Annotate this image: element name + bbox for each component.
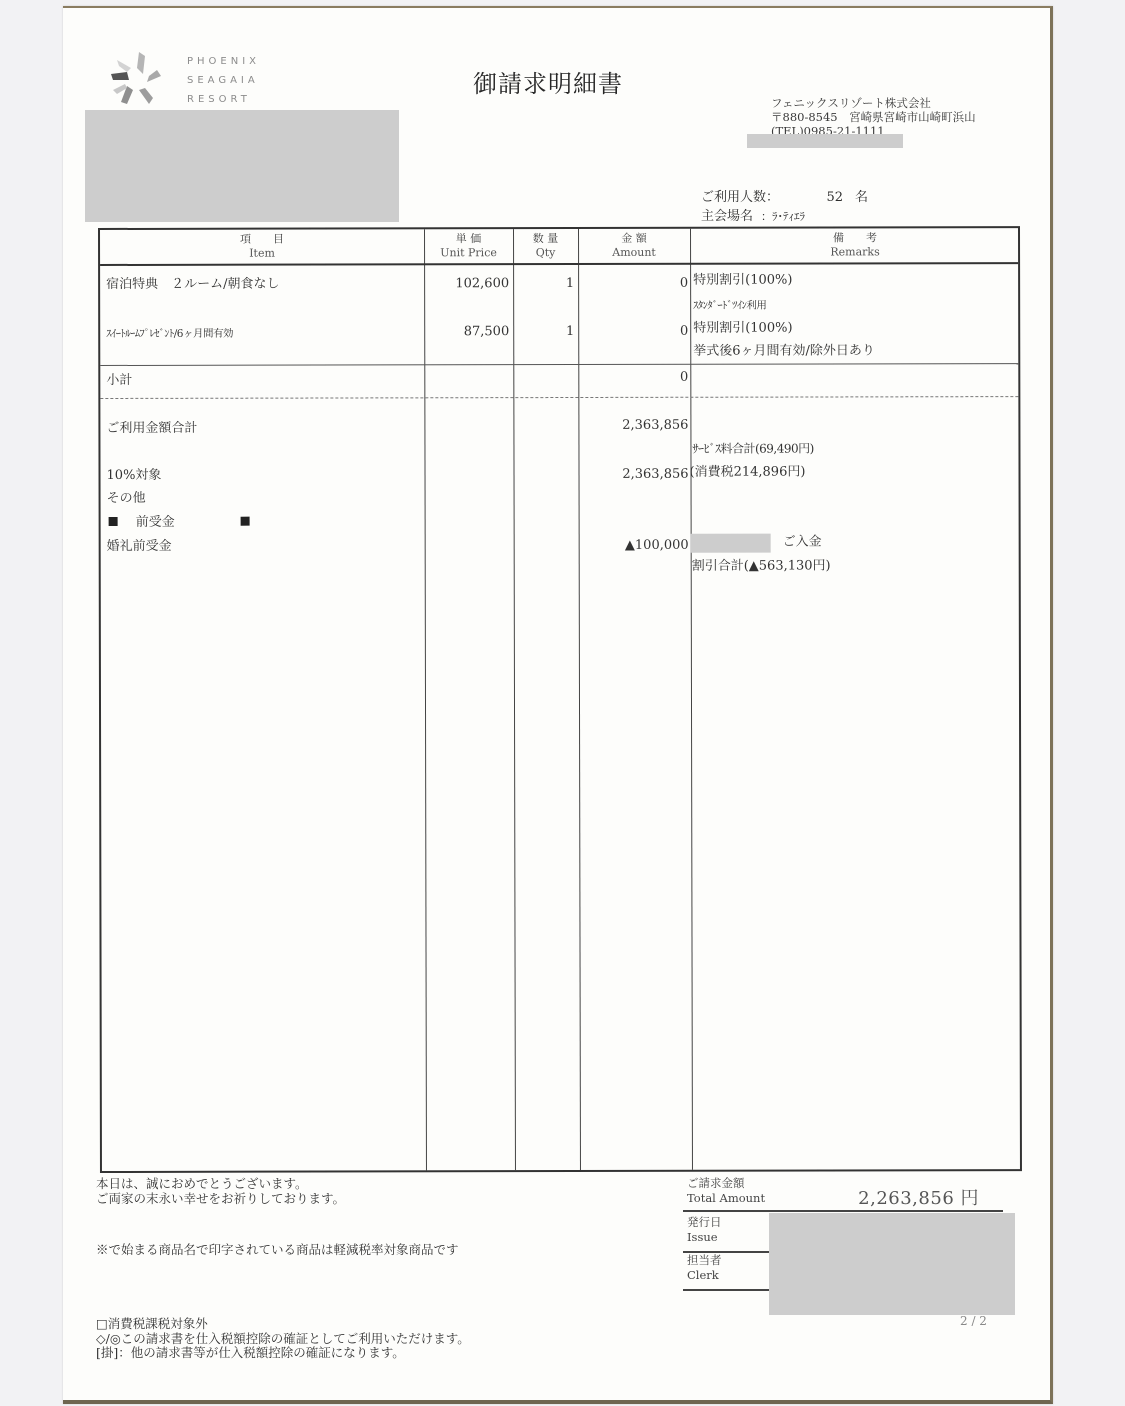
issuer-company: フェニックスリゾート株式会社 [771, 96, 976, 110]
service-charge-remark: ｻｰﾋﾞｽ料合計(69,490円) [692, 441, 813, 457]
total-amount-value: 2,263,856 円 [858, 1184, 979, 1210]
consumption-tax-remark: (消費税214,896円) [689, 465, 805, 481]
greeting-message: 本日は、誠におめでとうございます。 ご両家の末永い幸せをお祈りしております。 [96, 1176, 345, 1206]
remark: ｽﾀﾝﾀﾞｰﾄﾞﾂｲﾝ利用 [693, 298, 766, 314]
redacted-issuer-line [747, 134, 903, 148]
remark: 特別割引(100%) [693, 321, 792, 337]
item-name: 宿泊特典 ２ルーム/朝食なし [106, 277, 279, 293]
unit-price: 102,600 [424, 276, 509, 292]
remark: 特別割引(100%) [693, 273, 792, 289]
invoice-page: PHOENIX SEAGAIA RESORT 御請求明細書 フェニックスリゾート… [63, 6, 1053, 1404]
qty: 1 [513, 324, 574, 340]
other-label: その他 [107, 491, 146, 507]
subtotal-label: 小計 [106, 373, 132, 389]
wedding-deposit-amount: ▲100,000 [579, 538, 689, 554]
tax-note-exempt: □消費税課税対象外 [96, 1317, 470, 1332]
redaction-square-icon [109, 517, 118, 526]
issuer-address: 〒880-8545 宮崎県宮崎市山崎町浜山 [771, 110, 976, 124]
tax10-label: 10%対象 [107, 468, 162, 484]
issue-label-ja: 発行日 [683, 1215, 773, 1230]
tax-note-credit: ◇/◎この請求書を仕入税額控除の確証としてご利用いただけます。 [96, 1332, 470, 1347]
event-meta: ご利用人数： 52 名 主会場名 ：ﾗ･ﾃｨｴﾗ [701, 188, 868, 226]
phoenix-star-logo-icon [107, 46, 167, 110]
wedding-deposit-label: 婚礼前受金 [107, 539, 172, 555]
redacted-recipient [85, 110, 399, 222]
deposit-received-remark: ご入金 [783, 534, 822, 550]
brand-line-2: SEAGAIA [187, 71, 260, 90]
header-unit-price: 単 価Unit Price [424, 229, 513, 263]
issuer-block: フェニックスリゾート株式会社 〒880-8545 宮崎県宮崎市山崎町浜山 (TE… [771, 96, 976, 138]
discount-total-remark: 割引合計(▲563,130円) [692, 558, 831, 574]
amount: 0 [578, 324, 688, 340]
guests-value: 52 [793, 188, 843, 207]
venue-value: ：ﾗ･ﾃｨｴﾗ [761, 207, 805, 226]
header-amount: 金 額Amount [578, 229, 690, 263]
header-item: 項 目Item [100, 229, 424, 264]
unit-price: 87,500 [424, 324, 509, 340]
invoice-table: 項 目Item 単 価Unit Price 数 量Qty 金 額Amount 備… [98, 226, 1022, 1173]
item-name: ｽｲｰﾄﾙｰﾑﾌﾟﾚｾﾞﾝﾄ/6ヶ月間有効 [106, 326, 233, 342]
guests-label: ご利用人数： [701, 188, 793, 207]
guests-unit: 名 [855, 188, 868, 207]
venue-label: 主会場名 [701, 207, 761, 226]
tax-note-other: [掛]：他の請求書等が仕入税額控除の確証になります。 [96, 1346, 470, 1361]
issue-label-en: Issue [683, 1230, 773, 1245]
reduced-tax-note: ※で始まる商品名で印字されている商品は軽減税率対象商品です [96, 1240, 459, 1258]
table-header: 項 目Item 単 価Unit Price 数 量Qty 金 額Amount 備… [100, 228, 1018, 266]
advance-payment-label: 前受金 [136, 515, 175, 530]
header-remarks: 備 考Remarks [690, 228, 1020, 263]
document-title: 御請求明細書 [473, 64, 623, 99]
remark: 挙式後6ヶ月間有効/除外日あり [693, 343, 875, 359]
brand-line-3: RESORT [187, 90, 260, 109]
greeting-line-2: ご両家の末永い幸せをお祈りしております。 [96, 1191, 345, 1206]
advance-payment-row: 前受金 [109, 515, 250, 531]
usage-total-label: ご利用金額合計 [106, 421, 197, 437]
usage-total-amount: 2,363,856 [578, 418, 688, 434]
qty: 1 [513, 276, 574, 292]
total-amount-row: ご請求金額 Total Amount 2,263,856 円 [683, 1176, 1003, 1212]
clerk-label-en: Clerk [683, 1268, 773, 1283]
redaction-square-icon [241, 517, 250, 526]
redacted-issue-clerk [769, 1213, 1015, 1315]
subtotal-amount: 0 [578, 370, 688, 386]
issue-row: 発行日 Issue [683, 1215, 773, 1253]
redacted-deposit-detail [691, 534, 771, 553]
brand-name: PHOENIX SEAGAIA RESORT [187, 52, 260, 109]
header-qty: 数 量Qty [513, 229, 578, 263]
brand-line-1: PHOENIX [187, 52, 260, 71]
amount: 0 [578, 276, 688, 292]
tax10-amount: 2,363,856 [579, 467, 689, 483]
tax-notes: □消費税課税対象外 ◇/◎この請求書を仕入税額控除の確証としてご利用いただけます… [96, 1317, 470, 1361]
clerk-row: 担当者 Clerk [683, 1253, 773, 1291]
clerk-label-ja: 担当者 [683, 1253, 773, 1268]
greeting-line-1: 本日は、誠におめでとうございます。 [96, 1176, 345, 1191]
page-number: 2 / 2 [960, 1314, 987, 1328]
